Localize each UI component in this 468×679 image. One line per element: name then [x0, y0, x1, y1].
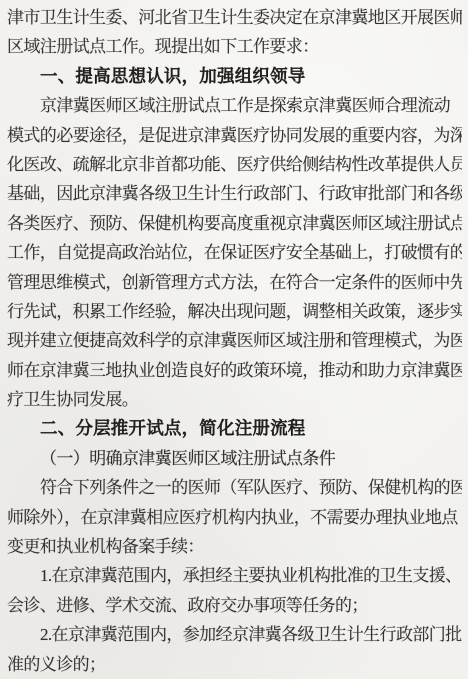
- document-line: 会诊、进修、学术交流、政府交办事项等任务的；: [7, 591, 462, 620]
- section-heading: 二、分层推开试点，简化注册流程: [7, 414, 462, 443]
- document-line: 工作，自觉提高政治站位，在保证医疗安全基础上，打破惯有的: [7, 238, 462, 267]
- section-heading: 一、提高思想认识，加强组织领导: [7, 62, 462, 91]
- document-line: 疗卫生协同发展。: [7, 385, 462, 414]
- document-line: 基础，因此京津冀各级卫生计生行政部门、行政审批部门和各级: [7, 179, 462, 208]
- document-line: 2.在京津冀范围内，参加经京津冀各级卫生计生行政部门批: [7, 620, 462, 649]
- document-line: 准的义诊的；: [7, 650, 462, 679]
- document-line: 师除外），在京津冀相应医疗机构内执业，不需要办理执业地点: [7, 503, 462, 532]
- document-line: 化医改、疏解北京非首都功能、医疗供给侧结构性改革提供人员: [7, 150, 462, 179]
- document-line: 师在京津冀三地执业创造良好的政策环境，推动和助力京津冀医: [7, 356, 462, 385]
- document-body: 津市卫生计生委、河北省卫生计生委决定在京津冀地区开展医师区域注册试点工作。现提出…: [7, 3, 462, 679]
- document-line: 京津冀医师区域注册试点工作是探索京津冀医师合理流动: [7, 91, 462, 120]
- document-line: 管理思维模式，创新管理方式方法，在符合一定条件的医师中先: [7, 268, 462, 297]
- subsection-heading: （一）明确京津冀医师区域注册试点条件: [7, 444, 462, 473]
- document-line: 各类医疗、预防、保健机构要高度重视京津冀医师区域注册试点: [7, 209, 462, 238]
- document-line: 行先试，积累工作经验，解决出现问题，调整相关政策，逐步实: [7, 297, 462, 326]
- document-line: 现并建立便捷高效科学的京津冀医师区域注册和管理模式，为医: [7, 326, 462, 355]
- document-line: 津市卫生计生委、河北省卫生计生委决定在京津冀地区开展医师: [7, 3, 462, 32]
- document-line: 模式的必要途径，是促进京津冀医疗协同发展的重要内容，为深: [7, 121, 462, 150]
- document-line: 变更和执业机构备案手续：: [7, 532, 462, 561]
- document-line: 1.在京津冀范围内，承担经主要执业机构批准的卫生支援、: [7, 561, 462, 590]
- document-line: 区域注册试点工作。现提出如下工作要求：: [7, 32, 462, 61]
- document-page: 津市卫生计生委、河北省卫生计生委决定在京津冀地区开展医师区域注册试点工作。现提出…: [0, 0, 468, 679]
- document-line: 符合下列条件之一的医师（军队医疗、预防、保健机构的医: [7, 473, 462, 502]
